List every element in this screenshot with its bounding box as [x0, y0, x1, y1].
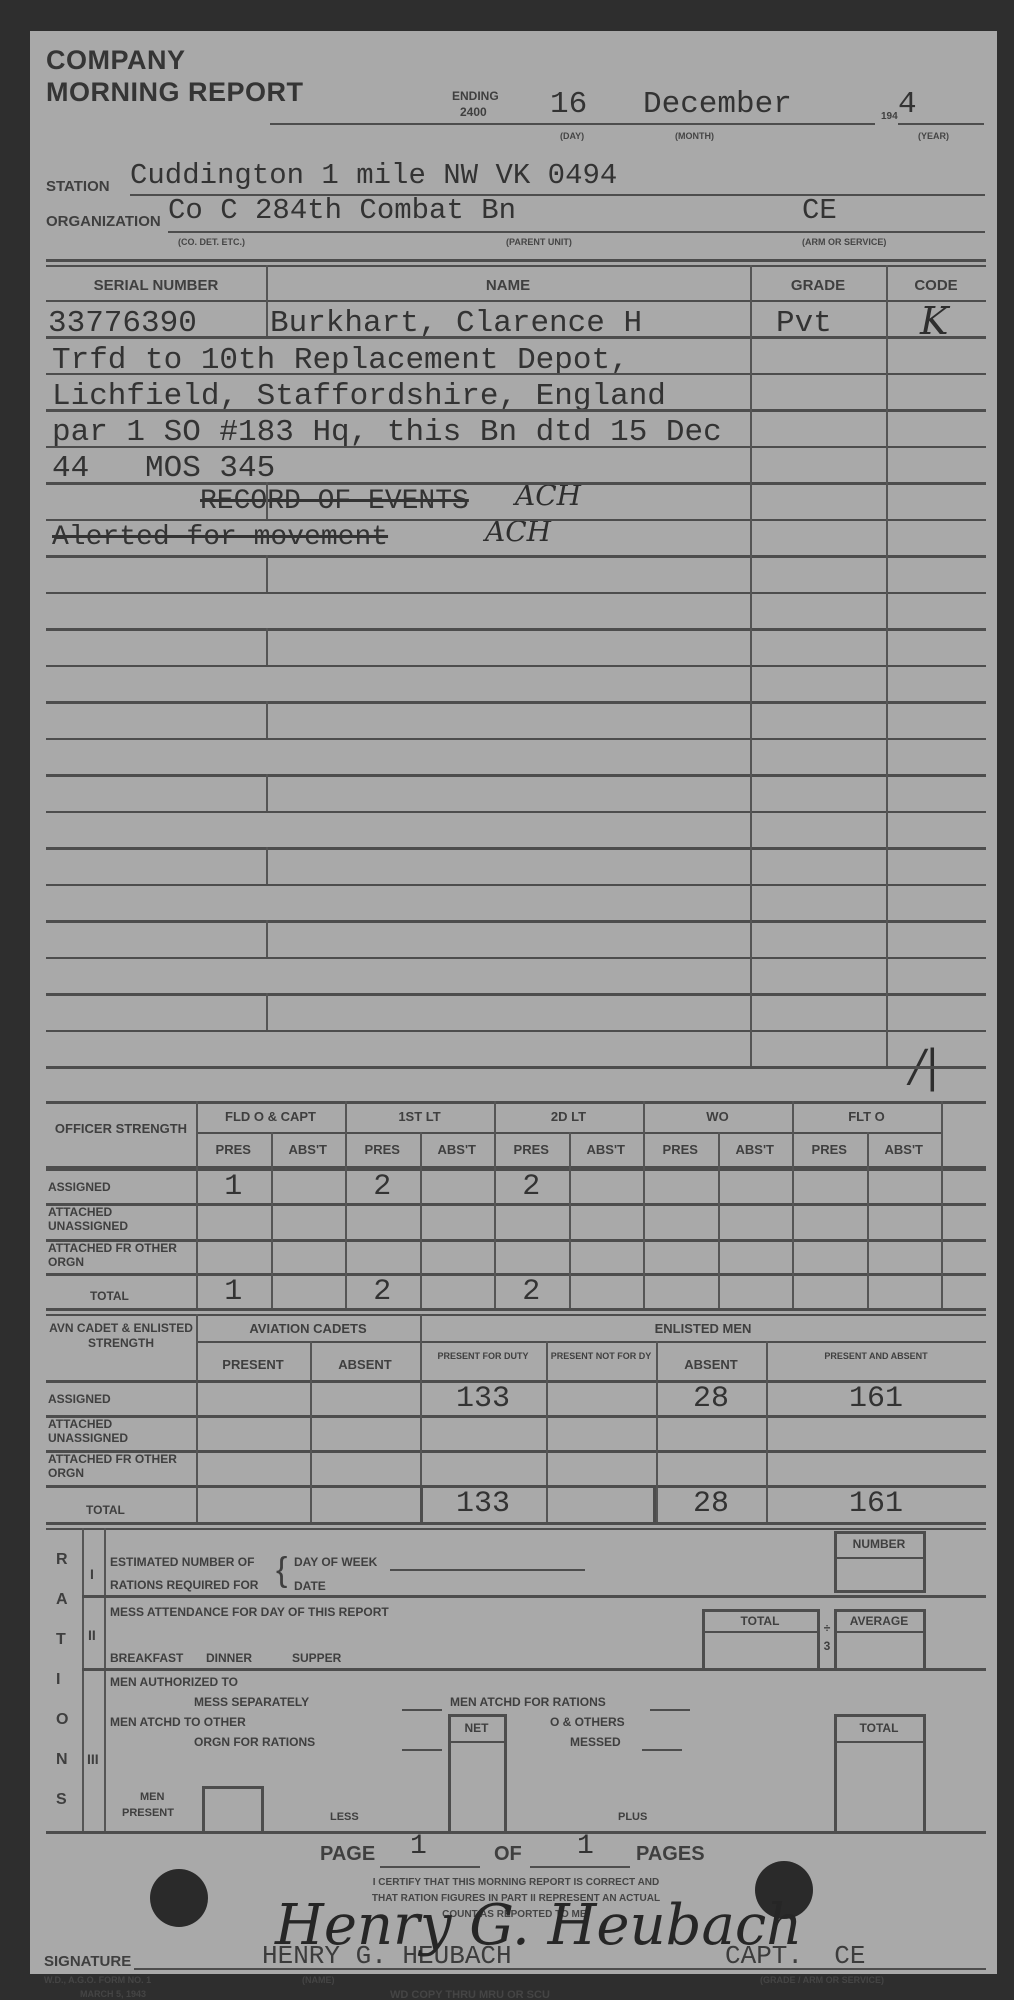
roster-row-rule [46, 957, 986, 959]
column-divider [750, 446, 752, 482]
column-divider [886, 555, 888, 592]
men-atchd-rations-label: MEN ATCHD FOR RATIONS [450, 1695, 606, 1709]
officer-sub-header: ABS'T [271, 1142, 346, 1157]
arm-service-value: CE [802, 194, 837, 227]
rations-side-letter: A [56, 1591, 68, 1609]
roster-row-rule [46, 1066, 986, 1069]
o-others-label: O & OTHERS [550, 1715, 625, 1729]
header-grade: GRADE [750, 277, 886, 294]
pages-number: 1 [577, 1831, 594, 1862]
rank-caption: (GRADE / ARM OR SERVICE) [760, 1975, 884, 1985]
roster-row-rule [46, 847, 986, 850]
officer-cell-value: 2 [345, 1275, 420, 1309]
officer-row-label: ATTACHED UNASSIGNED [48, 1205, 188, 1233]
column-divider [750, 993, 752, 1030]
column-divider [886, 265, 888, 336]
officer-sub-header: ABS'T [867, 1142, 942, 1157]
page-underline [380, 1866, 480, 1868]
net-box-rule [448, 1741, 507, 1743]
organization-value: Co C 284th Combat Bn [168, 194, 516, 227]
roster-row-rule [46, 1030, 986, 1032]
officer-sub-header: PRES [494, 1142, 569, 1157]
enlisted-strength-title: AVN CADET & ENLISTED STRENGTH [46, 1321, 196, 1351]
column-divider [886, 628, 888, 665]
officer-col-divider [941, 1101, 943, 1308]
messed-line [642, 1749, 682, 1751]
page-number: 1 [410, 1831, 427, 1862]
arm-caption: (ARM OR SERVICE) [802, 237, 886, 247]
officer-cell-value: 1 [196, 1170, 271, 1204]
net-box-label: NET [450, 1721, 503, 1735]
column-divider [750, 884, 752, 920]
men-present-label: MEN [140, 1791, 164, 1803]
mess-separately-label: MESS SEPARATELY [194, 1695, 309, 1709]
header-name: NAME [266, 277, 750, 294]
column-divider [266, 265, 268, 336]
officer-strength-title: OFFICER STRENGTH [46, 1121, 196, 1137]
roster-top-rule2 [46, 265, 986, 267]
rations-side-letter: S [56, 1791, 67, 1809]
enlisted-cell-value: 161 [766, 1382, 986, 1416]
column-divider [750, 774, 752, 811]
total3-box-rule [834, 1741, 924, 1743]
officer-sub-header: ABS'T [569, 1142, 644, 1157]
form-title-line1: COMPANY [46, 45, 186, 75]
month-caption: (MONTH) [675, 131, 714, 141]
column-divider [750, 519, 752, 555]
rations-required-label: RATIONS REQUIRED FOR [110, 1578, 258, 1592]
rations-divider [104, 1528, 106, 1831]
column-divider [886, 701, 888, 738]
ending-time: 2400 [460, 105, 487, 119]
certify-line-1: I CERTIFY THAT THIS MORNING REPORT IS CO… [266, 1877, 766, 1888]
enlisted-col-header: PRESENT [196, 1357, 310, 1373]
ending-label: ENDING [452, 89, 499, 103]
date-underline [270, 123, 875, 125]
column-divider [886, 774, 888, 811]
header-serial-number: SERIAL NUMBER [46, 277, 266, 294]
officer-col-divider [867, 1132, 869, 1308]
officer-group-3: WO [643, 1109, 792, 1124]
enlisted-col-divider [310, 1341, 312, 1522]
officer-group-1: 1ST LT [345, 1109, 494, 1124]
column-divider [750, 811, 752, 847]
enlisted-cell-value: 133 [420, 1382, 546, 1416]
column-divider [750, 265, 752, 336]
column-divider [886, 847, 888, 884]
day-of-week-line [390, 1569, 585, 1571]
officer-sub-header: PRES [345, 1142, 420, 1157]
column-divider [886, 665, 888, 701]
column-divider [750, 701, 752, 738]
plus-label: PLUS [618, 1811, 647, 1823]
total-box-rule [702, 1631, 820, 1633]
total3-box-label: TOTAL [836, 1721, 922, 1735]
column-divider [886, 446, 888, 482]
column-divider [750, 738, 752, 774]
estimated-rations-label: ESTIMATED NUMBER OF [110, 1555, 254, 1569]
enlisted-cell-value: 161 [766, 1487, 986, 1521]
enlisted-row-label: ATTACHED UNASSIGNED [48, 1417, 188, 1445]
column-divider [886, 884, 888, 920]
column-divider [886, 409, 888, 446]
officer-sub-header: PRES [196, 1142, 271, 1157]
aviation-cadets-header: AVIATION CADETS [196, 1321, 420, 1336]
column-divider [886, 811, 888, 847]
messed-label: MESSED [570, 1735, 621, 1749]
report-month: December [643, 87, 792, 122]
enlisted-cell-value: 28 [656, 1487, 766, 1521]
officer-row-label: ASSIGNED [48, 1180, 188, 1194]
roster-row-rule [46, 811, 986, 813]
column-divider [266, 774, 268, 811]
officer-group-0: FLD O & CAPT [196, 1109, 345, 1124]
roster-row-rule [46, 993, 986, 996]
rations-side-letter: R [56, 1551, 68, 1569]
supper-label: SUPPER [292, 1651, 341, 1665]
roster-row-rule [46, 628, 986, 631]
column-divider [266, 555, 268, 592]
column-divider [750, 1030, 752, 1066]
column-divider [886, 336, 888, 373]
record-of-events-struck: RECORD OF EVENTS [200, 486, 469, 517]
punch-hole-left [150, 1869, 208, 1927]
roster-row-rule [46, 300, 986, 302]
handwritten-signature: Henry G. Heubach [275, 1893, 802, 1958]
officer-col-divider [271, 1132, 273, 1308]
roster-top-rule [46, 259, 986, 262]
officer-col-divider [792, 1101, 794, 1308]
roster-row-rule [46, 774, 986, 777]
officer-cell-value: 2 [494, 1170, 569, 1204]
year-underline [898, 123, 984, 125]
officer-sub-header: ABS'T [718, 1142, 793, 1157]
column-divider [750, 409, 752, 446]
column-divider [750, 482, 752, 519]
mess-attendance-label: MESS ATTENDANCE FOR DAY OF THIS REPORT [110, 1605, 389, 1619]
column-divider [750, 373, 752, 409]
rations-side-letter: O [56, 1711, 68, 1729]
enlisted-cell-value: 28 [656, 1382, 766, 1416]
officer-row-label: ATTACHED FR OTHER ORGN [48, 1241, 188, 1269]
enlisted-col-header: PRESENT AND ABSENT [766, 1349, 986, 1363]
orgn-for-rations-line [402, 1749, 442, 1751]
column-divider [266, 482, 268, 519]
station-label: STATION [46, 178, 110, 195]
organization-underline [168, 231, 985, 233]
roster-row-rule [46, 592, 986, 594]
column-divider [886, 920, 888, 957]
column-divider [886, 993, 888, 1030]
roster-row-rule [46, 884, 986, 886]
roster-row-rule [46, 738, 986, 740]
rations-side-letter: T [56, 1631, 66, 1649]
column-divider [886, 957, 888, 993]
number-box-label: NUMBER [836, 1537, 922, 1551]
officer-cell-value: 1 [196, 1275, 271, 1309]
column-divider [886, 592, 888, 628]
mess-separately-line [402, 1709, 442, 1711]
date-label: DATE [294, 1579, 326, 1593]
of-label: OF [494, 1843, 522, 1866]
column-divider [750, 920, 752, 957]
column-divider [266, 701, 268, 738]
signature-label: SIGNATURE [44, 1953, 131, 1970]
rations-rule [82, 1595, 986, 1598]
enlisted-men-header: ENLISTED MEN [420, 1321, 986, 1336]
routing-note: WD COPY THRU MRU OR SCU [390, 1989, 550, 2000]
co-caption: (CO. DET. ETC.) [178, 237, 245, 247]
enlisted-row-label: TOTAL [86, 1503, 226, 1517]
morning-report-form: COMPANY MORNING REPORT ENDING 2400 16 De… [30, 31, 997, 1974]
men-authorized-label: MEN AUTHORIZED TO [110, 1675, 238, 1689]
rations-side-letter: N [56, 1751, 68, 1769]
year-caption: (YEAR) [918, 131, 949, 141]
name-caption: (NAME) [302, 1975, 335, 1985]
column-divider [886, 1030, 888, 1066]
enlisted-col-header: PRESENT FOR DUTY [420, 1349, 546, 1363]
roster-row-rule [46, 373, 986, 375]
men-atchd-other-label: MEN ATCHD TO OTHER [110, 1715, 246, 1729]
officer-col-divider [569, 1132, 571, 1308]
remark-line-4: 44 MOS 345 [52, 451, 275, 486]
parent-caption: (PARENT UNIT) [506, 237, 572, 247]
breakfast-label: BREAKFAST [110, 1651, 183, 1665]
column-divider [266, 847, 268, 884]
column-divider [750, 628, 752, 665]
officer-sub-header: PRES [643, 1142, 718, 1157]
rations-divider [82, 1528, 84, 1831]
officer-row-rule [46, 1166, 986, 1169]
column-divider [750, 336, 752, 373]
day-caption: (DAY) [560, 131, 584, 141]
header-code: CODE [886, 277, 986, 294]
roster-row-rule [46, 482, 986, 485]
rations-side-letter: I [56, 1671, 60, 1689]
number-box-rule [834, 1557, 924, 1559]
column-divider [266, 920, 268, 957]
total-box-label: TOTAL [704, 1614, 816, 1628]
column-divider [266, 993, 268, 1030]
page-label: PAGE [320, 1843, 375, 1866]
day-of-week-label: DAY OF WEEK [294, 1555, 377, 1569]
enlisted-col-header: ABSENT [310, 1357, 420, 1373]
roster-row-rule [46, 409, 986, 412]
officer-col-divider [420, 1132, 422, 1308]
officer-group-2: 2D LT [494, 1109, 643, 1124]
event-alerted-for-movement-struck: Alerted for movement [52, 522, 388, 553]
enlisted-col-header: PRESENT NOT FOR DY [546, 1349, 656, 1363]
form-title-line2: MORNING REPORT [46, 77, 304, 107]
pages-label: PAGES [636, 1843, 705, 1866]
officer-cell-value: 2 [494, 1275, 569, 1309]
column-divider [750, 957, 752, 993]
remark-line-3: par 1 SO #183 Hq, this Bn dtd 15 Dec [52, 415, 722, 450]
officer-col-divider [718, 1132, 720, 1308]
less-label: LESS [330, 1811, 359, 1823]
brace: { [276, 1551, 287, 1590]
part-iii-number: III [87, 1751, 99, 1767]
column-divider [886, 738, 888, 774]
column-divider [266, 628, 268, 665]
roster-row-rule [46, 701, 986, 704]
form-number: W.D., A.G.O. FORM NO. 1 [44, 1975, 151, 1985]
roster-row-rule [46, 336, 986, 339]
roster-row-rule [46, 555, 986, 558]
station-value: Cuddington 1 mile NW VK 0494 [130, 159, 617, 192]
enlisted-row-label: ATTACHED FR OTHER ORGN [48, 1452, 188, 1480]
roster-row-rule [46, 920, 986, 923]
report-year: 4 [898, 87, 917, 122]
enlisted-col-divider [196, 1314, 198, 1522]
orgn-for-rations-label: ORGN FOR RATIONS [194, 1735, 315, 1749]
men-atchd-rations-line [650, 1709, 690, 1711]
form-date: MARCH 5, 1943 [80, 1989, 146, 1999]
officer-cell-value: 2 [345, 1170, 420, 1204]
roster-row-rule [46, 446, 986, 448]
average-box-rule [834, 1631, 924, 1633]
column-divider [750, 847, 752, 884]
roster-row-rule [46, 665, 986, 667]
part-i-number: I [90, 1566, 94, 1582]
enlisted-cell-value: 133 [420, 1487, 546, 1521]
dinner-label: DINNER [206, 1651, 252, 1665]
roster-row-rule [46, 519, 986, 521]
year-prefix: 194 [881, 111, 898, 122]
men-present-label-2: PRESENT [122, 1807, 174, 1819]
officer-sub-header: PRES [792, 1142, 867, 1157]
enlisted-col-header: ABSENT [656, 1357, 766, 1373]
report-day: 16 [550, 87, 587, 122]
officer-col-divider [643, 1101, 645, 1308]
part-ii-number: II [88, 1627, 96, 1643]
officer-sub-header: ABS'T [420, 1142, 495, 1157]
column-divider [750, 555, 752, 592]
enlisted-row-label: ASSIGNED [48, 1392, 188, 1406]
column-divider [886, 373, 888, 409]
column-divider [750, 665, 752, 701]
officer-group-4: FLT O [792, 1109, 941, 1124]
column-divider [750, 592, 752, 628]
divide-by-three: ÷ 3 [820, 1619, 834, 1655]
column-divider [886, 482, 888, 519]
pages-underline [530, 1866, 630, 1868]
average-box-label: AVERAGE [836, 1614, 922, 1628]
officer-top-rule [46, 1101, 986, 1104]
organization-label: ORGANIZATION [46, 213, 161, 230]
column-divider [886, 519, 888, 555]
